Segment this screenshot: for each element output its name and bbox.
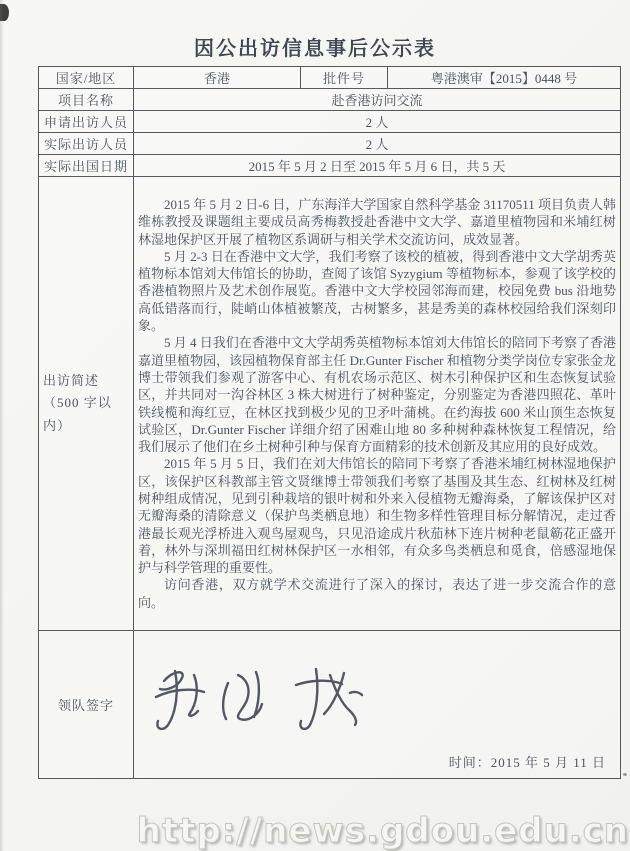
signature-strokes-image [144,659,374,749]
table-row: 申请出访人员 2 人 [39,111,621,133]
handwritten-signature: 韩维栋 [144,659,374,749]
trip-summary-label-note: （500 字以内） [43,395,112,432]
travel-dates-label: 实际出国日期 [39,155,134,177]
watermark-url: http://news.gdou.edu.cn [137,811,629,851]
summary-paragraph: 2015 年 5 月 5 日，我们在刘大伟馆长的陪同下考察了香港米埔红树林湿地保… [138,455,616,576]
actual-personnel-label: 实际出访人员 [39,133,134,155]
table-row: 实际出国日期 2015 年 5 月 2 日至 2015 年 5 月 6 日，共 … [39,155,621,177]
approval-number-value: 粤港澳审【2015】0448 号 [388,67,621,89]
trip-summary-content: 2015 年 5 月 2 日-6 日，广东海洋大学国家自然科学基金 311705… [134,177,621,631]
approval-number-label: 批件号 [301,67,388,89]
scanned-document-page: 因公出访信息事后公示表 国家/地区 香港 批件号 粤港澳审【2015】0448 … [0,0,630,851]
trip-summary-label-text: 出访简述 [43,373,99,388]
signature-date: 时间：2015 年 5 月 11 日 [449,752,606,771]
summary-paragraph: 2015 年 5 月 2 日-6 日，广东海洋大学国家自然科学基金 311705… [138,196,616,248]
project-name-value: 赴香港访问交流 [134,89,621,111]
table-row: 领队签字 韩维栋 [39,631,621,779]
leader-signature-cell: 韩维栋 [134,631,621,779]
summary-paragraph: 5 月 4 日我们在香港中文大学胡秀英植物标本馆刘大伟馆长的陪同下考察了香港嘉道… [138,334,616,455]
table-row: 实际出访人员 2 人 [39,133,621,155]
table-row: 国家/地区 香港 批件号 粤港澳审【2015】0448 号 [39,67,621,89]
summary-paragraph: 5 月 2-3 日在香港中文大学，我们考察了该校的植被，得到香港中文大学胡秀英植… [138,248,616,334]
scan-artifact-dot [623,773,627,776]
disclosure-form-table: 国家/地区 香港 批件号 粤港澳审【2015】0448 号 项目名称 赴香港访问… [38,66,621,779]
project-name-label: 项目名称 [39,89,134,111]
actual-personnel-value: 2 人 [134,133,621,155]
travel-dates-value: 2015 年 5 月 2 日至 2015 年 5 月 6 日，共 5 天 [134,155,621,177]
applied-personnel-value: 2 人 [134,111,621,133]
leader-signature-label: 领队签字 [39,631,134,779]
country-label: 国家/地区 [39,67,134,89]
summary-paragraph: 访问香港，双方就学术交流进行了深入的探讨，表达了进一步交流合作的意向。 [138,576,616,611]
table-row: 项目名称 赴香港访问交流 [39,89,621,111]
country-value: 香港 [134,67,301,89]
applied-personnel-label: 申请出访人员 [39,111,134,133]
scan-artifact-edge [0,0,4,851]
page-title: 因公出访信息事后公示表 [0,32,630,61]
table-row: 出访简述 （500 字以内） 2015 年 5 月 2 日-6 日，广东海洋大学… [39,177,621,631]
trip-summary-label: 出访简述 （500 字以内） [39,177,134,631]
